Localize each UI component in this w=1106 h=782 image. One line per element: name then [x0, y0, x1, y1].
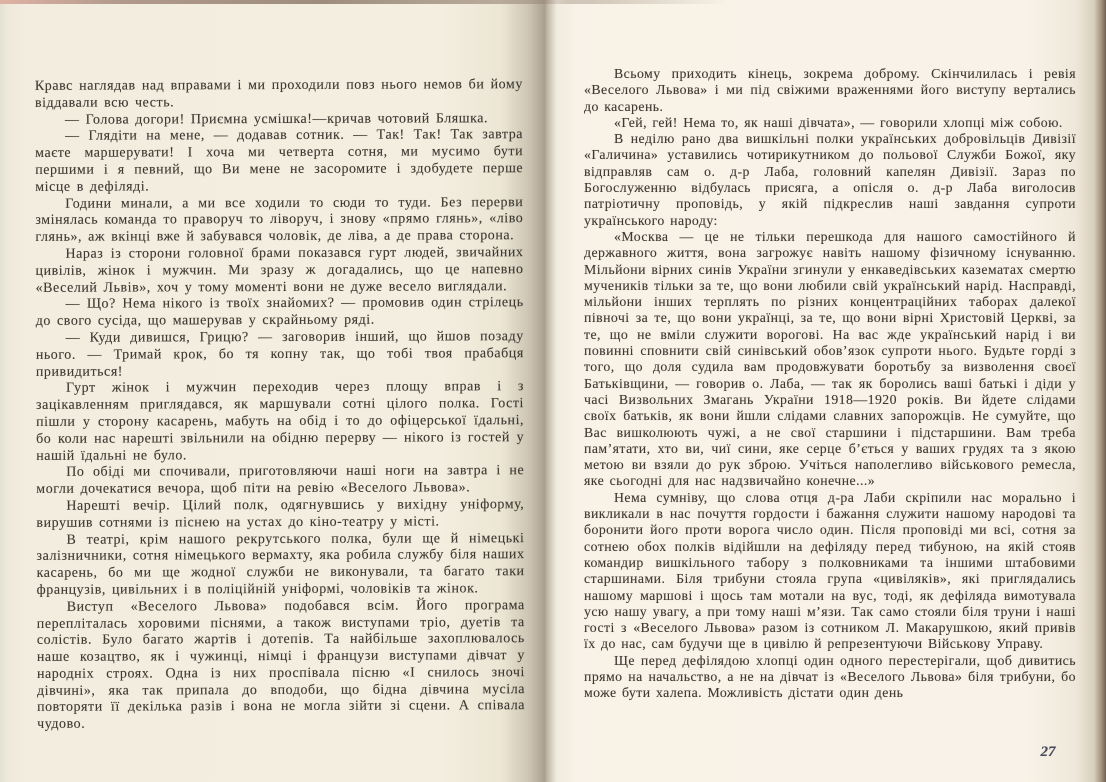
page-number: 27 [1028, 744, 1068, 761]
left-page-text: Кравс наглядав над вправами і ми проходи… [35, 77, 525, 734]
right-page-text: Всьому приходить кінець, зокрема доброму… [584, 66, 1076, 702]
paragraph: В театрі, крім нашого рекрутського полка… [36, 531, 524, 600]
book-scan: { "colors": { "paper_left": "#f3eddf", "… [0, 0, 1106, 782]
paragraph: Виступ «Веселого Львова» подобався всім.… [37, 598, 525, 734]
paragraph: — Глядіти на мене, — додавав сотник. — Т… [35, 128, 523, 197]
paragraph: — Голова догори! Приємна усмішка!—кричав… [35, 111, 523, 130]
paragraph: «Москва — це не тільки перешкода для наш… [584, 229, 1076, 490]
paragraph: Ще перед дефілядою хлопці один одного пе… [584, 653, 1076, 702]
paragraph: «Гей, гей! Нема то, як наші дівчата», — … [584, 115, 1076, 131]
paragraph: Нема сумніву, що слова отця д-ра Лаби ск… [584, 490, 1076, 653]
paragraph: По обіді ми спочивали, приготовляючи наш… [36, 463, 524, 498]
paragraph: — Куди дивишся, Грицю? — заговорив інший… [36, 329, 524, 381]
paragraph: — Що? Нема нікого із твоїх знайомих? — п… [36, 296, 524, 331]
paragraph: Нараз із сторони головної брами показавс… [35, 245, 523, 297]
paragraph: В неділю рано два вишкільні полки україн… [584, 131, 1076, 229]
paragraph: Години минали, а ми все ходили то сюди т… [35, 195, 523, 247]
paragraph: Нарешті вечір. Цілий полк, одягнувшись у… [36, 497, 524, 532]
paragraph: Кравс наглядав над вправами і ми проходи… [35, 77, 523, 112]
paragraph: Гурт жінок і мужчин переходив через площ… [36, 379, 524, 465]
paragraph: Всьому приходить кінець, зокрема доброму… [584, 66, 1076, 115]
page-top-edge-shadow [0, 0, 730, 4]
